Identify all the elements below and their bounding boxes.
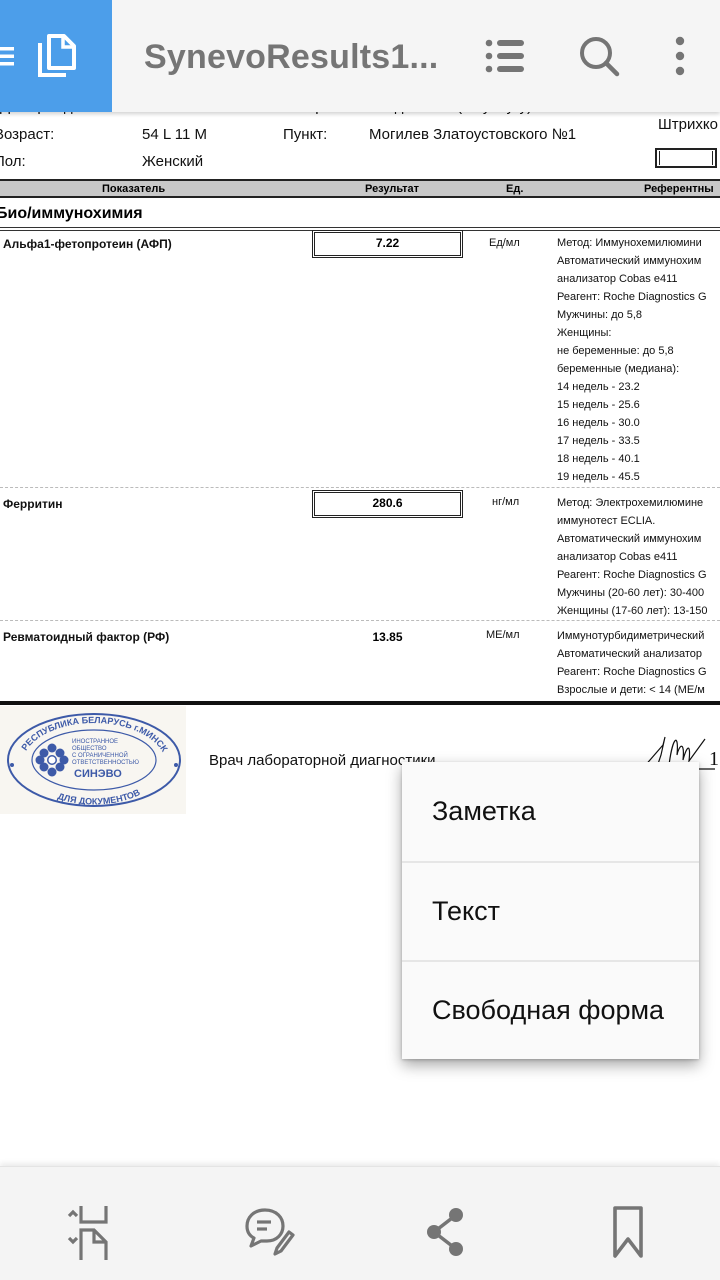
test-result: 13.85 [312,630,463,644]
company-stamp: РЕСПУБЛИКА БЕЛАРУСЬ г.МИНСК ДЛЯ ДОКУМЕНТ… [0,706,186,814]
reference-line: Мужчины: до 5,8 [557,306,707,324]
svg-text:С ОГРАНИЧЕННОЙ: С ОГРАНИЧЕННОЙ [72,751,128,759]
point-value: Могилев Златоустовского №1 [369,126,576,143]
documents-panel-button[interactable] [0,0,112,112]
reference-line: беременные (медиана): [557,360,707,378]
svg-text:ОБЩЕСТВО: ОБЩЕСТВО [72,746,107,752]
reference-line: 18 недель - 40.1 [557,450,707,468]
menu-item-text[interactable]: Текст [402,861,699,960]
test-name: Ферритин [3,497,62,511]
more-vert-icon[interactable] [668,34,692,78]
reference-line: Иммунотурбидиметрический [557,627,707,645]
test-unit: нг/мл [492,496,519,508]
documents-icon[interactable] [36,33,78,79]
section-title: Био/иммунохимия [0,205,143,223]
svg-text:СИНЭВО: СИНЭВО [74,768,122,780]
reference-line: Реагент: Roche Diagnostics G [557,288,707,306]
outline-list-icon[interactable] [484,36,526,76]
reference-line: 19 недель - 45.5 [557,468,707,486]
reference-line: Женщины (17-60 лет): 13-150 [557,602,708,620]
test-reference: ИммунотурбидиметрическийАвтоматический а… [557,627,707,699]
barcode-box [655,148,717,168]
search-icon[interactable] [576,34,622,78]
menu-item-freeform[interactable]: Свободная форма [402,960,699,1059]
share-icon[interactable] [424,1205,470,1259]
reference-line: 14 недель - 23.2 [557,378,707,396]
reference-line: 17 недель - 33.5 [557,432,707,450]
top-app-bar: SynevoResults1... [0,0,720,112]
row-divider [0,620,720,621]
svg-text:1: 1 [709,748,719,770]
row-divider [0,487,720,488]
menu-icon[interactable] [0,40,20,72]
reference-line: анализатор Cobas e411 [557,548,708,566]
reference-line: Метод: Иммунохемилюмини [557,234,707,252]
comment-edit-icon[interactable] [242,1203,298,1261]
test-name: Ревматоидный фактор (РФ) [3,630,169,644]
table-bottom-border [0,701,720,705]
test-reference: Метод: ИммунохемилюминиАвтоматический им… [557,234,707,486]
sex-value: Женский [142,153,203,170]
age-value: 54 L 11 M [142,126,207,143]
sex-label: Пол: [0,153,26,170]
svg-text:ИНОСТРАННОЕ: ИНОСТРАННОЕ [72,739,118,745]
test-result: 280.6 [312,490,463,518]
reference-line: Автоматический иммунохим [557,530,708,548]
reference-line: Автоматический анализатор [557,645,707,663]
reference-line: анализатор Cobas e411 [557,270,707,288]
header-reference: Референтны [644,183,714,195]
document-title: SynevoResults1... [144,38,438,77]
header-result: Результат [365,183,419,195]
reference-line: Мужчины (20-60 лет): 30-400 [557,584,708,602]
menu-item-note[interactable]: Заметка [402,762,699,861]
reference-line: Реагент: Roche Diagnostics G [557,663,707,681]
reference-line: 16 недель - 30.0 [557,414,707,432]
barcode-label: Штрихко [658,116,718,133]
bookmark-icon[interactable] [608,1203,648,1261]
test-name: Альфа1-фетопротеин (АФП) [3,237,172,251]
point-label: Пункт: [283,126,327,143]
test-reference: Метод: Электрохемилюминеиммунотест ECLIA… [557,494,708,620]
reference-line: иммунотест ECLIA. [557,512,708,530]
svg-text:ОТВЕТСТВЕННОСТЬЮ: ОТВЕТСТВЕННОСТЬЮ [72,760,139,766]
reference-line: Взрослые и дети: < 14 (МЕ/м [557,681,707,699]
annotation-popup-menu: Заметка Текст Свободная форма [402,762,699,1059]
reference-line: Метод: Электрохемилюмине [557,494,708,512]
reference-line: Автоматический иммунохим [557,252,707,270]
reference-line: 15 недель - 25.6 [557,396,707,414]
header-unit: Ед. [506,183,523,195]
results-table-header: Показатель Результат Ед. Референтны [0,179,720,198]
reflow-icon[interactable] [60,1203,112,1261]
test-result: 7.22 [312,230,463,258]
reference-line: Реагент: Roche Diagnostics G [557,566,708,584]
header-indicator: Показатель [102,183,165,195]
pdf-viewer-screen: Дата рождения: 05.05.1962 Контракт: Скид… [0,0,720,1280]
stamp-seal-icon: РЕСПУБЛИКА БЕЛАРУСЬ г.МИНСК ДЛЯ ДОКУМЕНТ… [4,710,184,810]
test-unit: Ед/мл [489,237,520,249]
reference-line: не беременные: до 5,8 [557,342,707,360]
bottom-toolbar [0,1166,720,1280]
test-unit: МЕ/мл [486,629,520,641]
age-label: Возраст: [0,126,54,143]
reference-line: Женщины: [557,324,707,342]
